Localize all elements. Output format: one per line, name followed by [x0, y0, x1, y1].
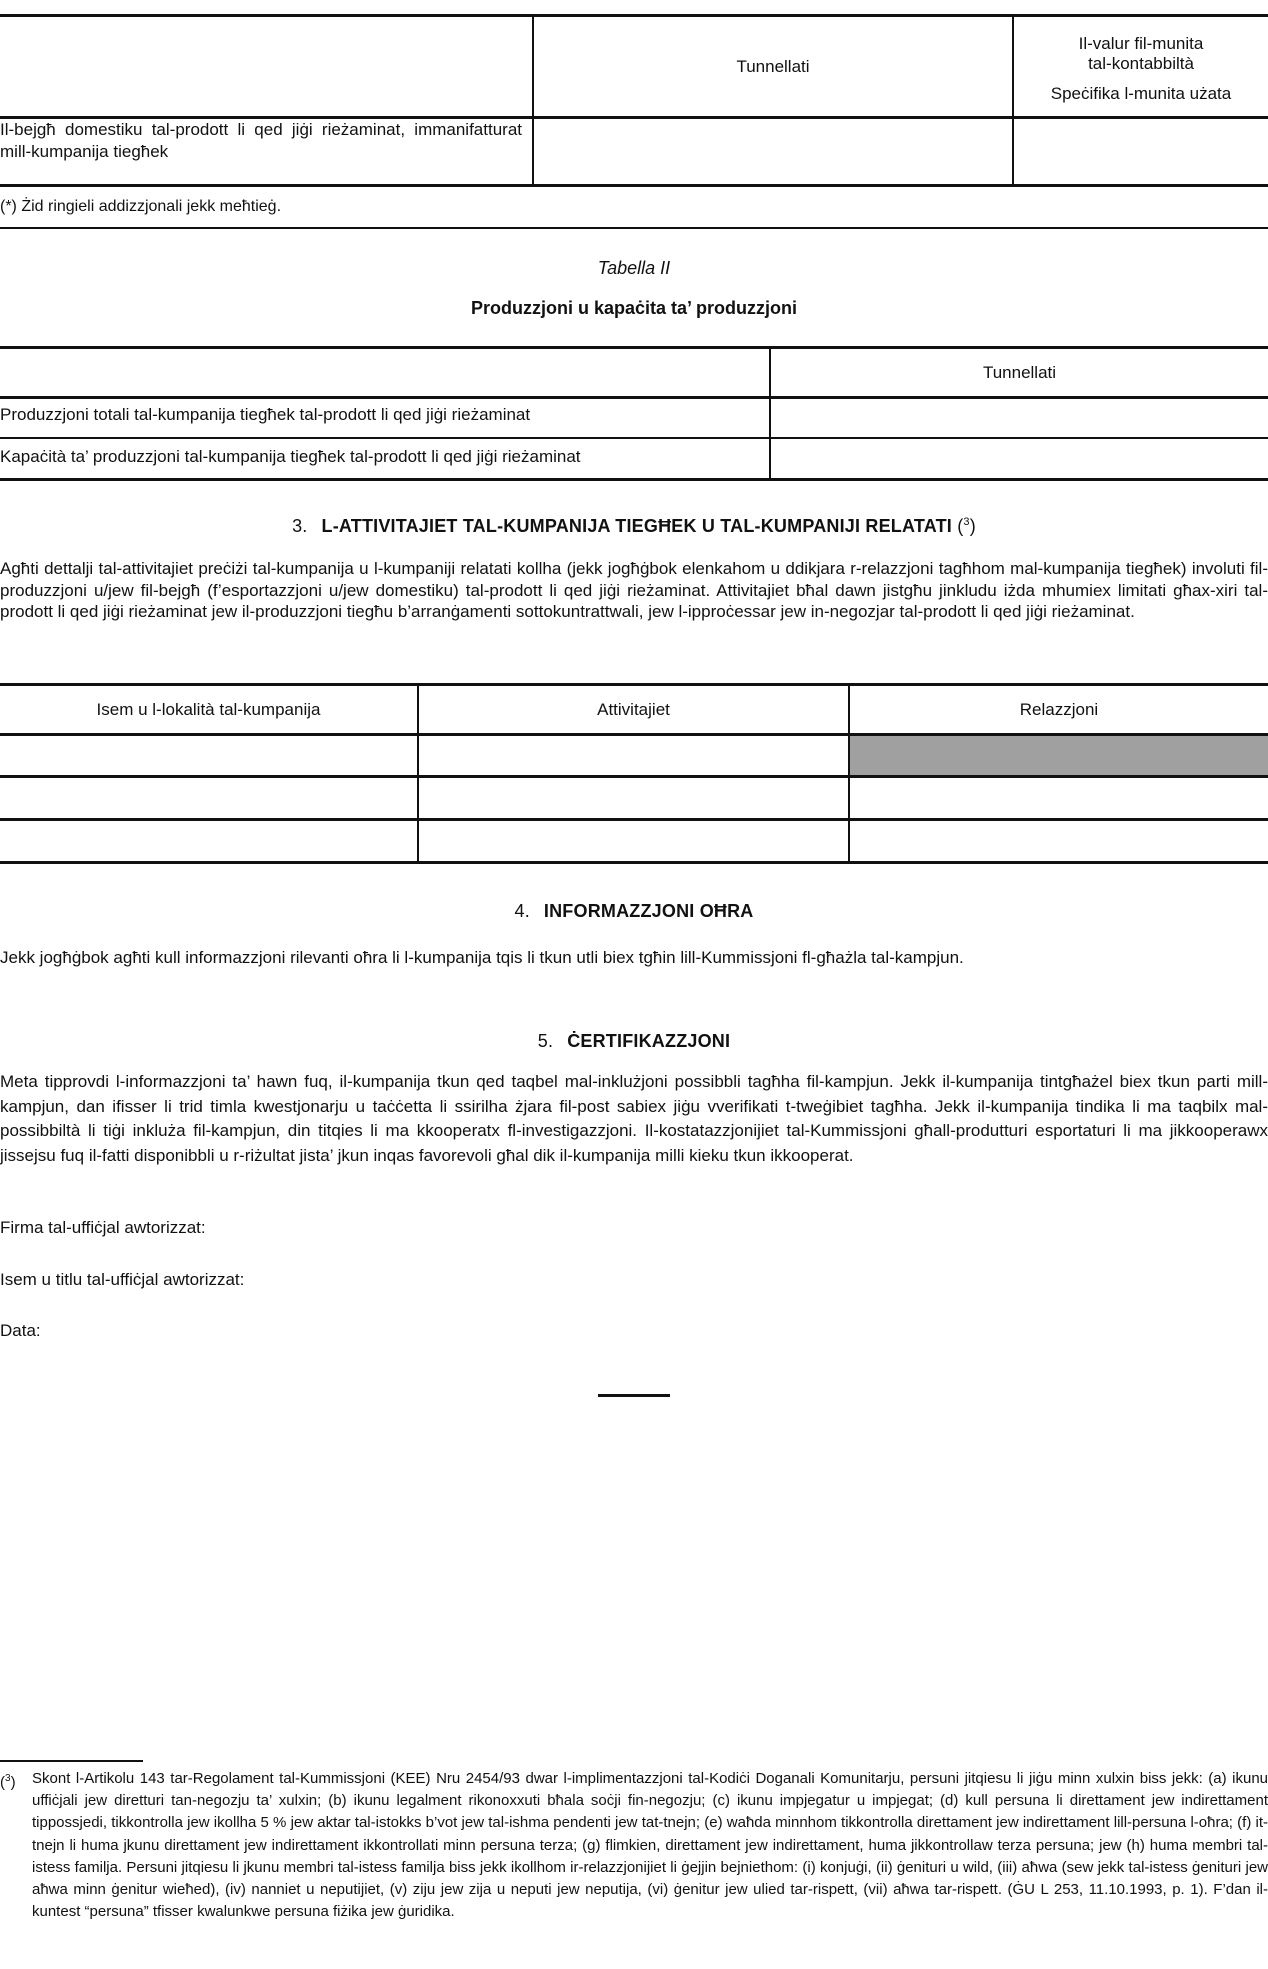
cell-activities-input[interactable]	[419, 821, 848, 861]
cell-relationship-input[interactable]	[850, 821, 1268, 861]
cell-production-input[interactable]	[771, 399, 1268, 437]
date-label: Data:	[0, 1321, 41, 1341]
section-title: ĊERTIFIKAZZJONI	[567, 1031, 730, 1051]
section-heading: 3.L-ATTIVITAJIET TAL-KUMPANIJA TIEGĦEK U…	[0, 516, 1268, 537]
header-valur-line1: Il-valur fil-munita	[1079, 34, 1204, 54]
table-title: Produzzjoni u kapaċita ta’ produzzjoni	[0, 298, 1268, 319]
section-paragraph: Meta tipprovdi l-informazzjoni ta’ hawn …	[0, 1070, 1268, 1168]
table-footnote: (*) Żid ringieli addizzjonali jekk meħti…	[0, 198, 281, 216]
table-rule	[0, 184, 1268, 187]
cell-valur-input[interactable]	[1014, 119, 1268, 184]
section-rule	[0, 227, 1268, 229]
footnote-marker: (3)	[0, 1768, 16, 1794]
header-relationship: Relazzjoni	[850, 686, 1268, 733]
section-paragraph: Agħti dettalji tal-attivitajiet preċiżi …	[0, 558, 1268, 623]
footnote-3: (3) Skont l-Artikolu 143 tar-Regolament …	[0, 1768, 1268, 1923]
section-paragraph: Jekk jogħġbok agħti kull informazzjoni r…	[0, 945, 1268, 970]
header-tunnellati: Tunnellati	[771, 349, 1268, 396]
section-number: 3.	[292, 516, 307, 536]
section-title: INFORMAZZJONI OĦRA	[544, 901, 754, 921]
header-company-name: Isem u l-lokalità tal-kumpanija	[0, 686, 417, 733]
footnote-reference[interactable]: (3)	[957, 516, 976, 536]
row-label-capacity: Kapaċità ta’ produzzjoni tal-kumpanija t…	[0, 446, 765, 468]
shaded-cell	[850, 736, 1268, 775]
table-rule	[0, 478, 1268, 481]
header-activities: Attivitajiet	[419, 686, 848, 733]
cell-relationship-input[interactable]	[850, 778, 1268, 818]
signature-label: Firma tal-uffiċjal awtorizzat:	[0, 1218, 206, 1238]
section-number: 4.	[514, 901, 529, 921]
row-label-domestic-sales: Il-bejgħ domestiku tal-prodott li qed ji…	[0, 119, 522, 163]
cell-capacity-input[interactable]	[771, 440, 1268, 478]
row-label-total-production: Produzzjoni totali tal-kumpanija tiegħek…	[0, 404, 765, 426]
cell-company-input[interactable]	[0, 736, 417, 775]
header-currency: Speċifika l-munita użata	[1014, 82, 1268, 106]
end-rule	[598, 1394, 670, 1397]
section-title: L-ATTIVITAJIET TAL-KUMPANIJA TIEGĦEK U T…	[322, 516, 952, 536]
cell-activities-input[interactable]	[419, 736, 848, 775]
header-valur: Il-valur fil-munita tal-kontabbiltà	[1014, 24, 1268, 84]
section-heading: 4.INFORMAZZJONI OĦRA	[0, 901, 1268, 922]
cell-company-input[interactable]	[0, 778, 417, 818]
name-title-label: Isem u titlu tal-uffiċjal awtorizzat:	[0, 1270, 244, 1290]
footnote-text: Skont l-Artikolu 143 tar-Regolament tal-…	[32, 1768, 1268, 1923]
cell-activities-input[interactable]	[419, 778, 848, 818]
cell-company-input[interactable]	[0, 821, 417, 861]
cell-tunnellati-input[interactable]	[534, 119, 1012, 184]
table-rule	[0, 437, 1268, 439]
section-number: 5.	[538, 1031, 553, 1051]
table-rule	[0, 861, 1268, 864]
footnote-rule	[0, 1760, 143, 1762]
section-heading: 5.ĊERTIFIKAZZJONI	[0, 1031, 1268, 1052]
table-caption: Tabella II	[0, 258, 1268, 279]
header-valur-line2: tal-kontabbiltà	[1088, 54, 1194, 74]
header-tunnellati: Tunnellati	[534, 17, 1012, 116]
